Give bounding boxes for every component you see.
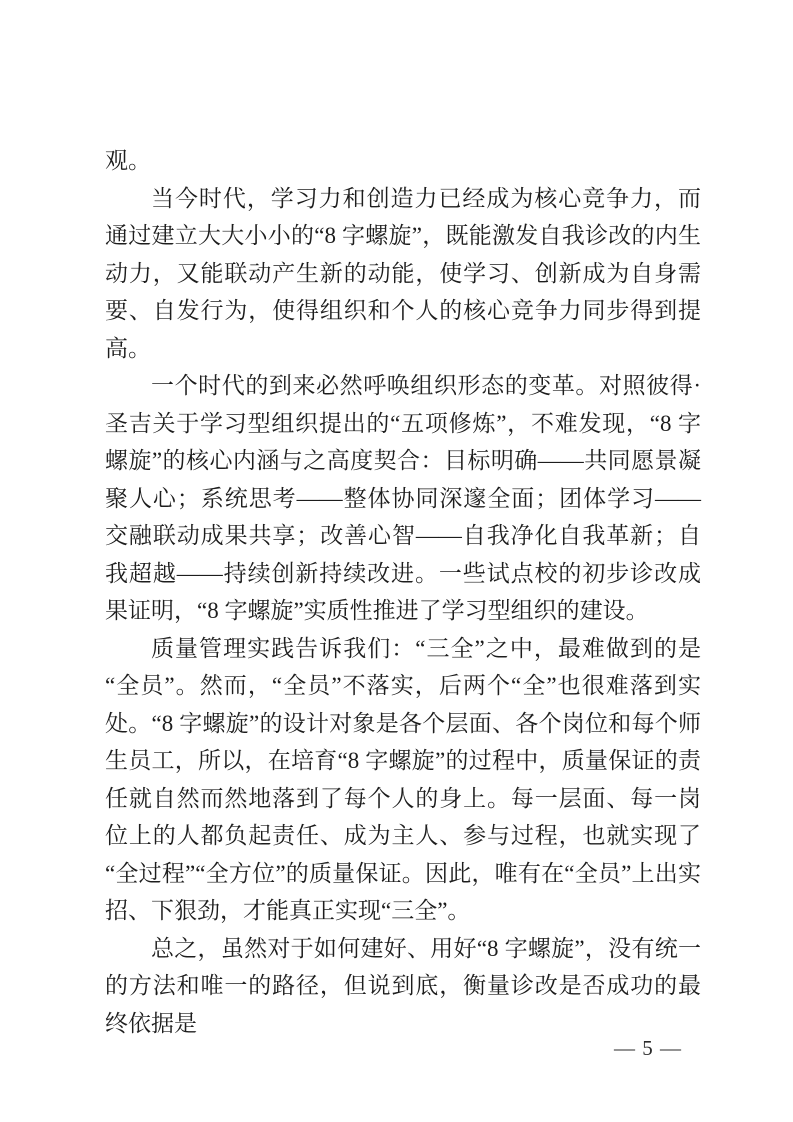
paragraph-1: 当今时代，学习力和创造力已经成为核心竞争力，而通过建立大大小小的“8 字螺旋”，…	[105, 180, 701, 368]
document-body: 观。 当今时代，学习力和创造力已经成为核心竞争力，而通过建立大大小小的“8 字螺…	[105, 142, 701, 1042]
document-page: 观。 当今时代，学习力和创造力已经成为核心竞争力，而通过建立大大小小的“8 字螺…	[0, 0, 793, 1122]
paragraph-continuation: 观。	[105, 142, 701, 180]
paragraph-3: 质量管理实践告诉我们：“三全”之中，最难做到的是“全员”。然而，“全员”不落实，…	[105, 630, 701, 930]
paragraph-2: 一个时代的到来必然呼唤组织形态的变革。对照彼得·圣吉关于学习型组织提出的“五项修…	[105, 367, 701, 630]
page-number-footer: — 5 —	[614, 1036, 682, 1061]
page-number: — 5 —	[614, 1036, 682, 1060]
paragraph-4: 总之，虽然对于如何建好、用好“8 字螺旋”，没有统一的方法和唯一的路径，但说到底…	[105, 930, 701, 1043]
